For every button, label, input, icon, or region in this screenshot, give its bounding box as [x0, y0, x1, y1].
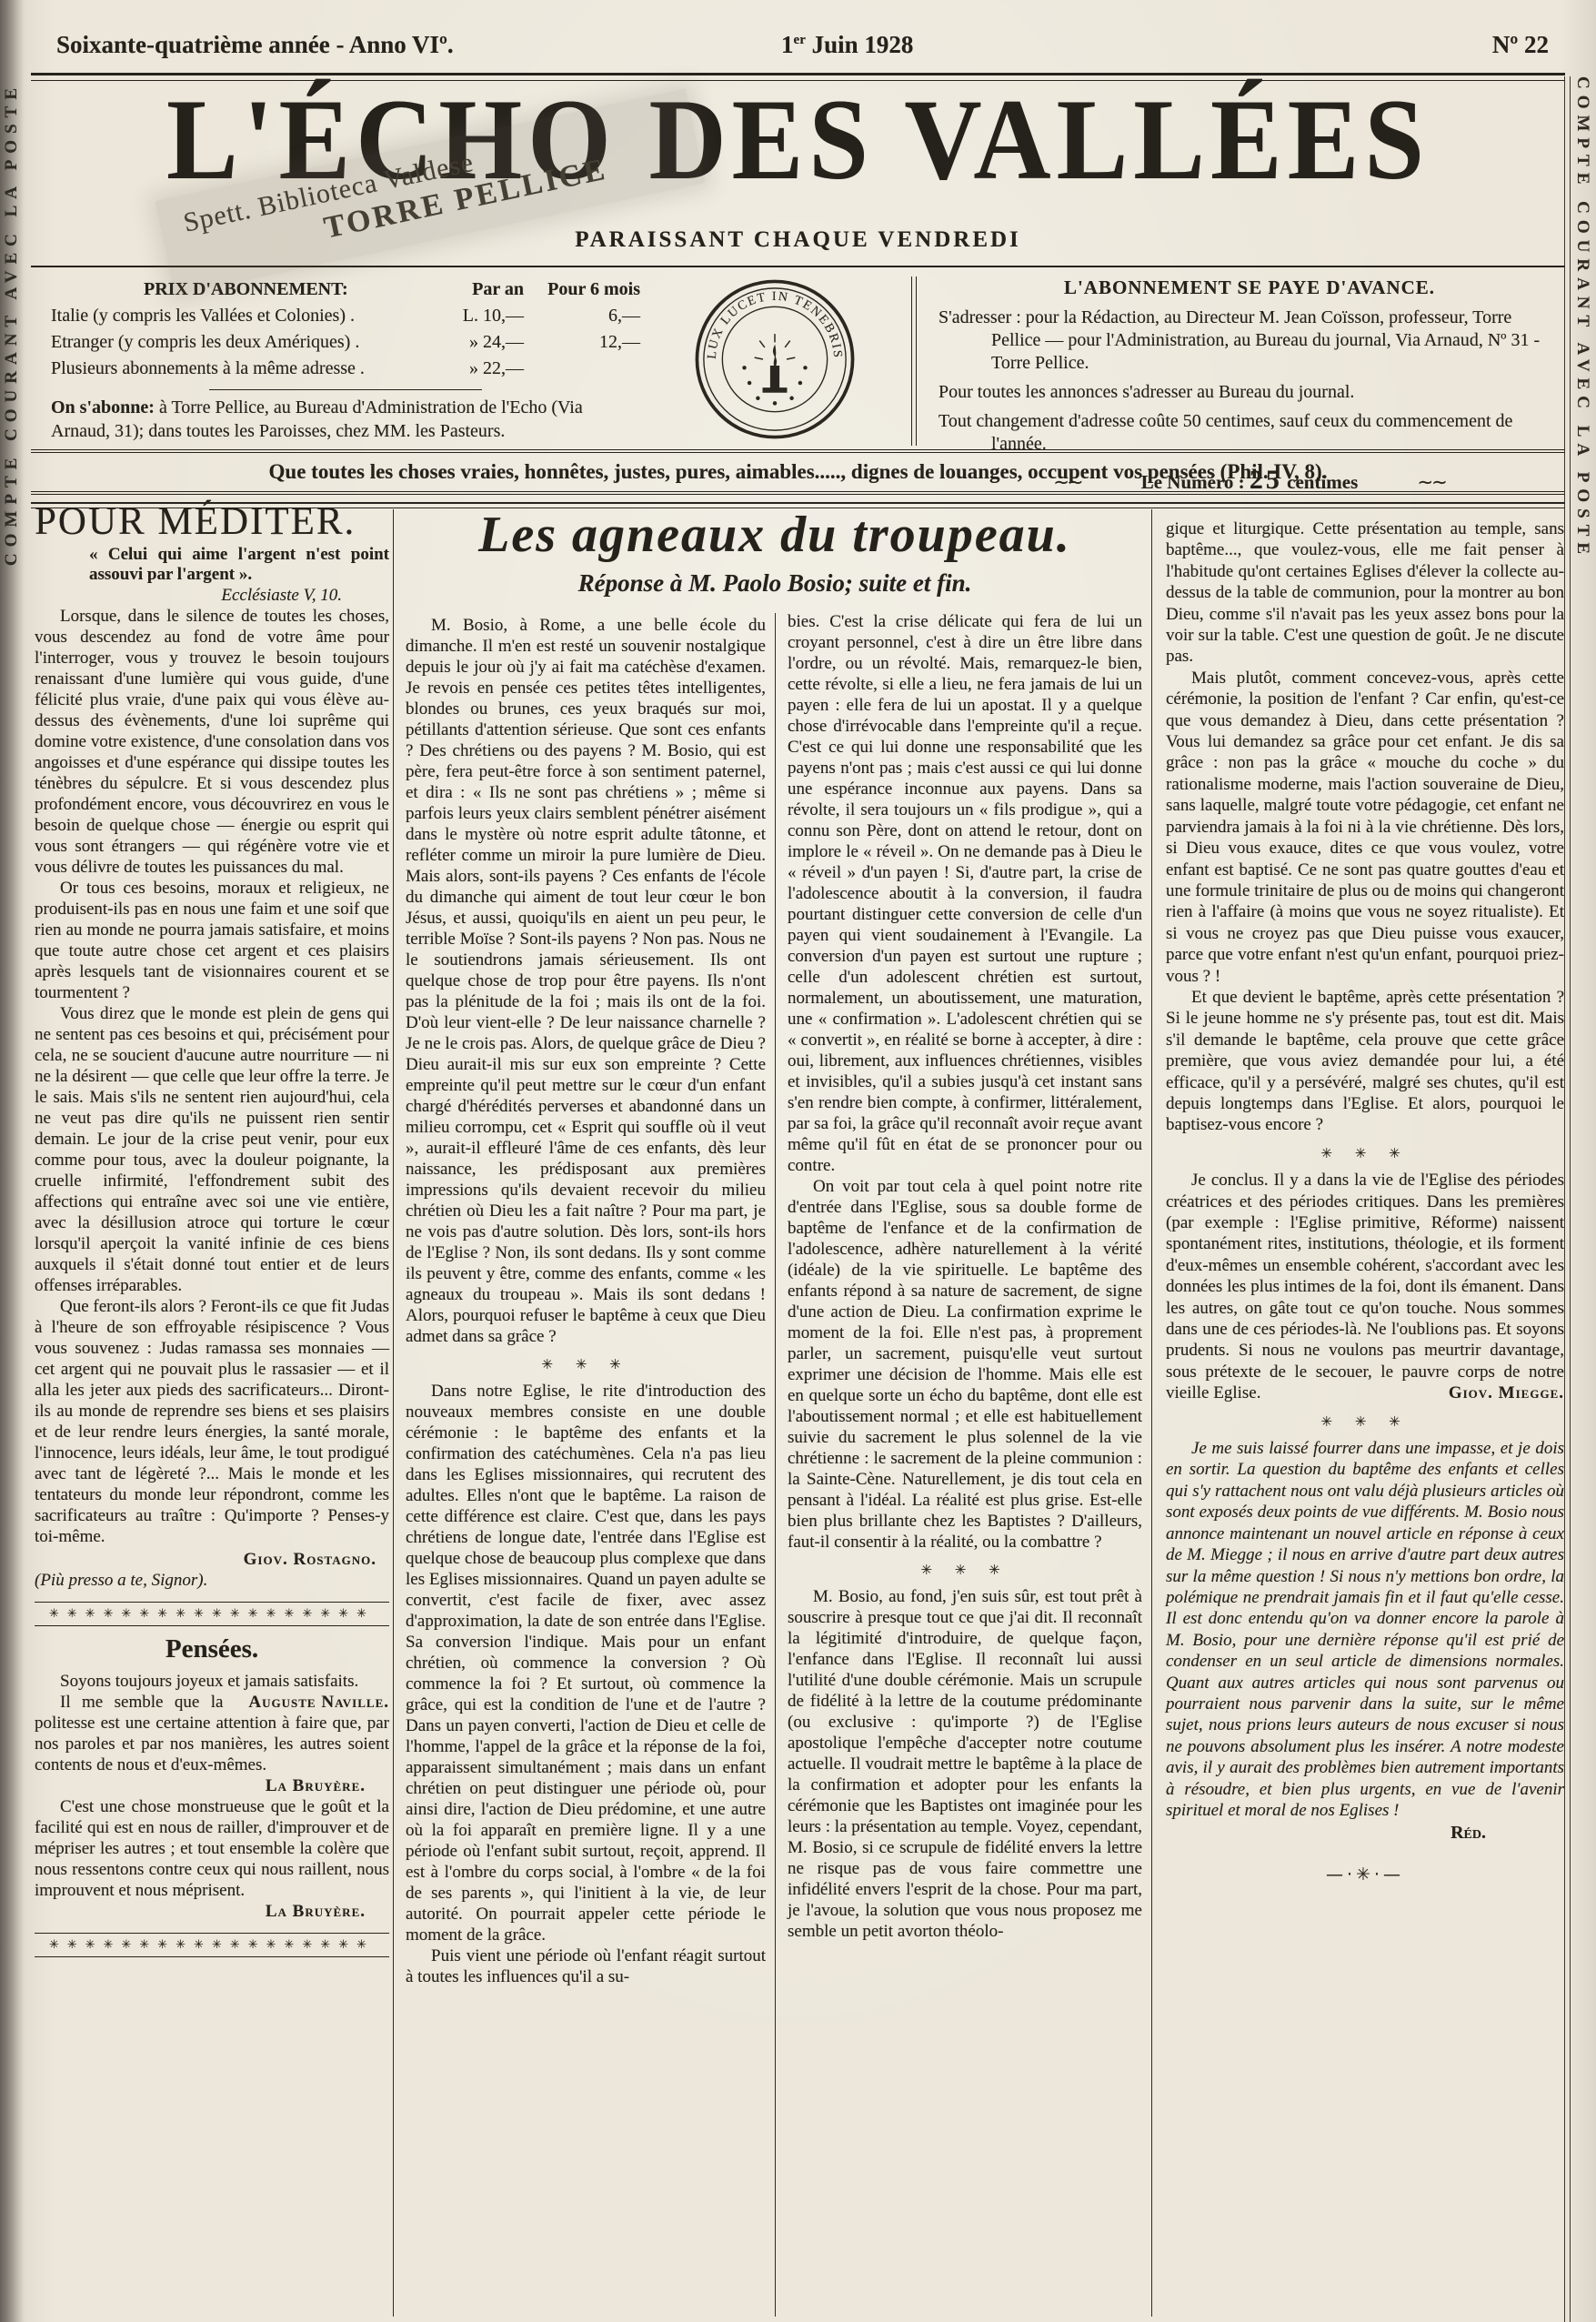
- asterism-separator: ✳ ✳ ✳: [1166, 1412, 1564, 1432]
- section-heading: POUR MÉDITER.: [35, 511, 389, 532]
- price-row: Italie (y compris les Vallées et Colonie…: [51, 303, 640, 329]
- article-paragraph: Or tous ces besoins, moraux et religieux…: [35, 878, 389, 1003]
- price-col-par-an: Par an: [429, 276, 524, 303]
- article-paragraph: Mais plutôt, comment concevez-vous, aprè…: [1166, 668, 1564, 987]
- pensee-item: Soyons toujours joyeux et jamais satisfa…: [35, 1671, 389, 1692]
- asterism-separator: ✳ ✳ ✳: [788, 1560, 1142, 1581]
- column-pour-mediter: POUR MÉDITER. « Celui qui aime l'argent …: [35, 511, 389, 1966]
- divider: [209, 389, 482, 390]
- pensee-author: Auguste Naville.: [223, 1692, 389, 1713]
- payment-info: L'ABONNEMENT SE PAYE D'AVANCE. S'adresse…: [918, 276, 1561, 446]
- date-superscript: er: [794, 33, 806, 47]
- article-paragraph: Et que devient le baptême, après cette p…: [1166, 987, 1564, 1136]
- annonces-line: Pour toutes les annonces s'adresser au B…: [939, 381, 1561, 404]
- article-subtitle: Réponse à M. Paolo Bosio; suite et fin.: [406, 569, 1144, 598]
- article-title: Les agneaux du troupeau.: [406, 509, 1144, 560]
- redaction-line: S'adresser : pour la Rédaction, au Direc…: [939, 307, 1561, 375]
- subscription-info: PRIX D'ABONNEMENT: Par an Pour 6 mois It…: [51, 276, 1561, 446]
- article-title-block: Les agneaux du troupeau. Réponse à M. Pa…: [406, 509, 1144, 598]
- payment-heading: L'ABONNEMENT SE PAYE D'AVANCE.: [939, 276, 1561, 299]
- pensee-author: La Bruyère.: [35, 1775, 389, 1796]
- edition-line: Soixante-quatrième année - Anno VIº. 1er…: [56, 31, 1549, 64]
- article-paragraph: Puis vient une période où l'enfant réagi…: [406, 1945, 766, 1987]
- article-paragraph: On voit par tout cela à quel point notre…: [788, 1176, 1142, 1553]
- tailpiece-ornament-icon: —·✳·—: [1166, 1865, 1564, 1885]
- price-col-six-mois: Pour 6 mois: [524, 276, 640, 303]
- author-signature: Giov. Rostagno.: [35, 1549, 389, 1570]
- price-row: Etranger (y compris les deux Amériques) …: [51, 329, 640, 356]
- article-paragraph: Que feront-ils alors ? Feront-ils ce que…: [35, 1296, 389, 1547]
- signature-note: (Più presso a te, Signor).: [35, 1570, 389, 1591]
- asterism-separator: ✳ ✳ ✳: [1166, 1143, 1564, 1164]
- subscription-note: On s'abonne: à Torre Pellice, au Bureau …: [51, 396, 640, 443]
- issue-date: 1er Juin 1928: [781, 31, 913, 59]
- article-paragraph: gique et liturgique. Cette présentation …: [1166, 518, 1564, 668]
- column-rule: [393, 509, 394, 2317]
- epigraph: « Celui qui aime l'argent n'est point as…: [35, 545, 389, 585]
- article-paragraph: Je conclus. Il y a dans la vie de l'Egli…: [1166, 1170, 1564, 1403]
- emblem-seal-icon: LUX LUCET IN TENEBRIS: [688, 275, 861, 444]
- article-paragraph: Lorsque, dans le silence de toutes les c…: [35, 606, 389, 878]
- issue-number: Nº 22: [1492, 31, 1549, 59]
- article-paragraph: M. Bosio, à Rome, a une belle école du d…: [406, 615, 766, 1347]
- double-vertical-rule: [911, 276, 917, 446]
- price-table: PRIX D'ABONNEMENT: Par an Pour 6 mois It…: [51, 276, 640, 446]
- column-rule: [775, 613, 776, 2317]
- pensee-author: La Bruyère.: [35, 1901, 389, 1922]
- ornament-divider: ✳✳✳✳✳✳✳✳✳✳✳✳✳✳✳✳✳✳: [35, 1933, 389, 1957]
- article-column-1: M. Bosio, à Rome, a une belle école du d…: [406, 615, 766, 1987]
- newspaper-page: COMPTE COURANT AVEC LA POSTE COMPTE COUR…: [0, 0, 1596, 2322]
- edition-year: Soixante-quatrième année - Anno VIº.: [56, 31, 454, 59]
- article-column-3: gique et liturgique. Cette présentation …: [1166, 518, 1564, 1885]
- author-signature: Giov. Miegge.: [1423, 1382, 1564, 1403]
- pensees-heading: Pensées.: [35, 1639, 389, 1660]
- page-frame-rule: [1564, 76, 1571, 2322]
- epigraph-source: Ecclésiaste V, 10.: [35, 585, 389, 606]
- price-row: Plusieurs abonnements à la même adresse …: [51, 356, 640, 382]
- asterism-separator: ✳ ✳ ✳: [406, 1354, 766, 1375]
- article-column-2: bies. C'est la crise délicate qui fera d…: [788, 611, 1142, 1942]
- ornament-divider: ✳✳✳✳✳✳✳✳✳✳✳✳✳✳✳✳✳✳: [35, 1602, 389, 1626]
- article-paragraph: Dans notre Eglise, le rite d'introductio…: [406, 1381, 766, 1945]
- scripture-banner: Que toutes les choses vraies, honnêtes, …: [31, 449, 1565, 495]
- editorial-note: Je me suis laissé fourrer dans une impas…: [1166, 1438, 1564, 1821]
- price-header-row: PRIX D'ABONNEMENT: Par an Pour 6 mois: [51, 276, 640, 303]
- scripture-text: Que toutes les choses vraies, honnêtes, …: [31, 452, 1565, 492]
- redaction-signature: Réd.: [1166, 1823, 1564, 1844]
- article-paragraph: bies. C'est la crise délicate qui fera d…: [788, 611, 1142, 1176]
- waldensian-emblem: LUX LUCET IN TENEBRIS: [640, 276, 909, 446]
- column-rule: [1151, 509, 1152, 2317]
- article-paragraph: Vous direz que le monde est plein de gen…: [35, 1003, 389, 1296]
- pensee-item: C'est une chose monstrueuse que le goût …: [35, 1796, 389, 1922]
- article-paragraph: M. Bosio, au fond, j'en suis sûr, est to…: [788, 1586, 1142, 1942]
